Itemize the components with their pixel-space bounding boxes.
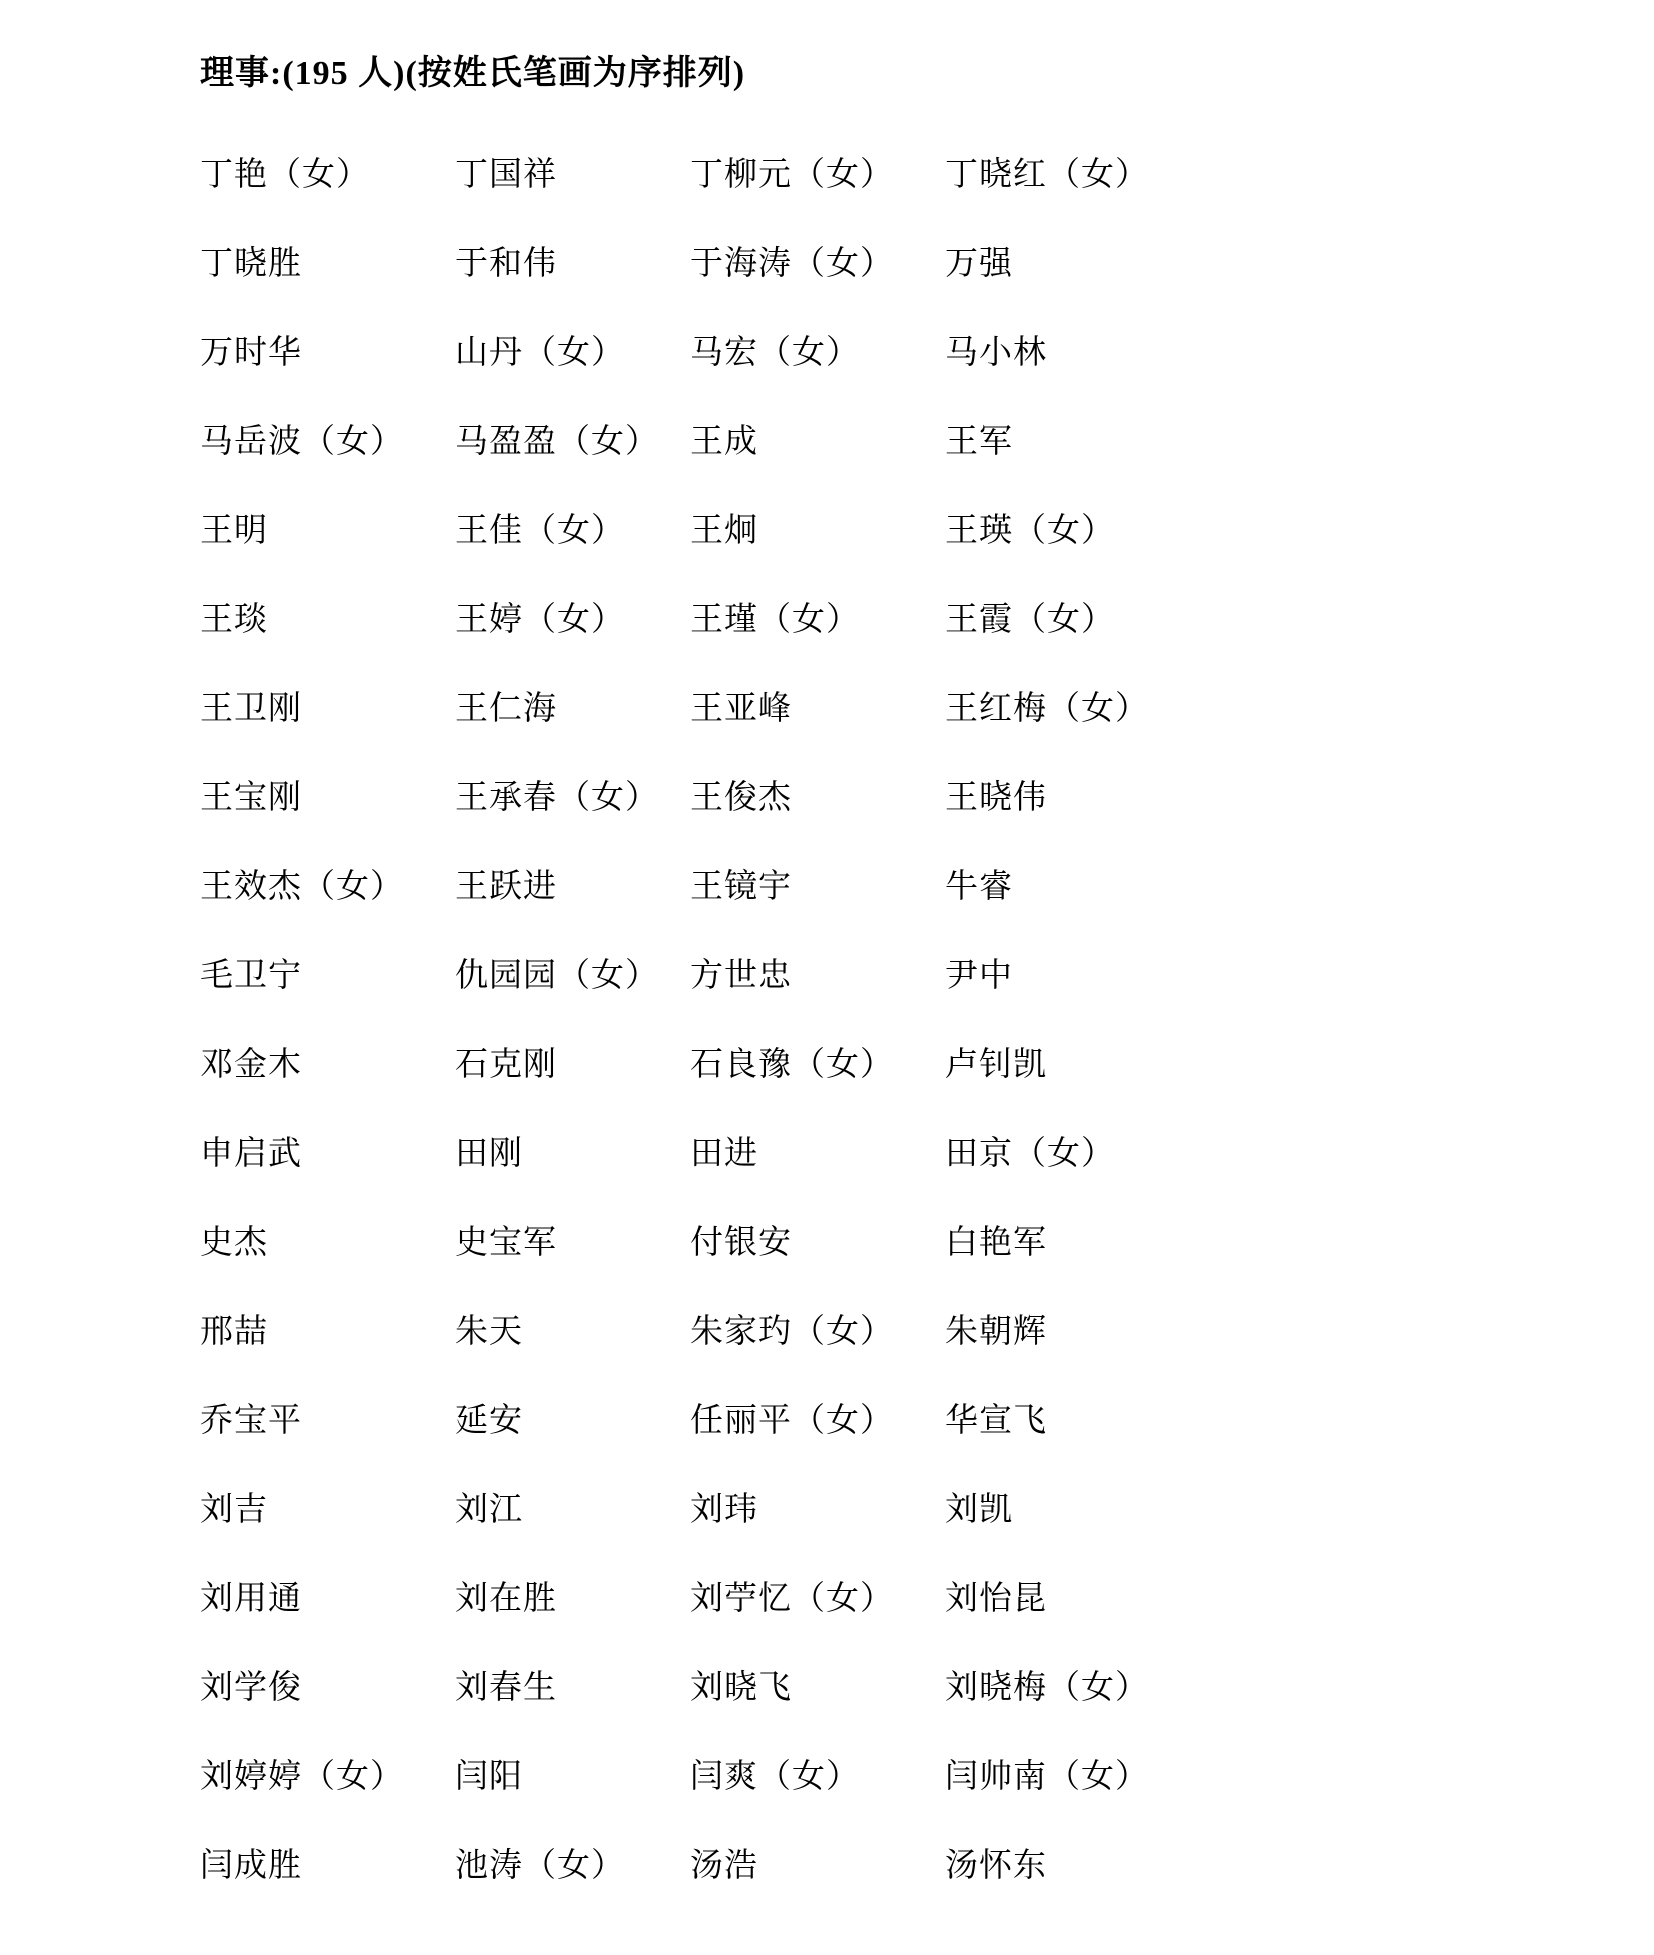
member-name: 刘春生 bbox=[455, 1644, 690, 1733]
member-name: 汤浩 bbox=[690, 1822, 945, 1911]
member-name: 卢钊凯 bbox=[945, 1021, 1614, 1110]
member-name: 闫爽（女） bbox=[690, 1733, 945, 1822]
member-name: 闫成胜 bbox=[200, 1822, 455, 1911]
member-name: 王仁海 bbox=[455, 665, 690, 754]
member-name: 王霞（女） bbox=[945, 576, 1614, 665]
member-name: 朱朝辉 bbox=[945, 1288, 1614, 1377]
member-name: 石良豫（女） bbox=[690, 1021, 945, 1110]
member-name: 王亚峰 bbox=[690, 665, 945, 754]
member-name: 华宣飞 bbox=[945, 1377, 1614, 1466]
member-name: 乔宝平 bbox=[200, 1377, 455, 1466]
member-name: 刘晓飞 bbox=[690, 1644, 945, 1733]
member-name: 刘吉 bbox=[200, 1466, 455, 1555]
member-name: 马宏（女） bbox=[690, 309, 945, 398]
member-name: 田刚 bbox=[455, 1110, 690, 1199]
member-name: 王效杰（女） bbox=[200, 843, 455, 932]
member-name: 史杰 bbox=[200, 1199, 455, 1288]
member-name: 刘用通 bbox=[200, 1555, 455, 1644]
member-name: 汤怀东 bbox=[945, 1822, 1614, 1911]
member-name: 朱家玓（女） bbox=[690, 1288, 945, 1377]
member-name: 方世忠 bbox=[690, 932, 945, 1021]
member-name: 王成 bbox=[690, 398, 945, 487]
member-name: 王跃进 bbox=[455, 843, 690, 932]
member-name: 王晓伟 bbox=[945, 754, 1614, 843]
member-name: 池涛（女） bbox=[455, 1822, 690, 1911]
member-name: 刘凯 bbox=[945, 1466, 1614, 1555]
member-name: 付银安 bbox=[690, 1199, 945, 1288]
member-name: 王卫刚 bbox=[200, 665, 455, 754]
member-name: 王炯 bbox=[690, 487, 945, 576]
member-name: 白艳军 bbox=[945, 1199, 1614, 1288]
member-name: 马盈盈（女） bbox=[455, 398, 690, 487]
member-name: 仇园园（女） bbox=[455, 932, 690, 1021]
member-name: 申启武 bbox=[200, 1110, 455, 1199]
member-name: 刘苧忆（女） bbox=[690, 1555, 945, 1644]
member-name: 任丽平（女） bbox=[690, 1377, 945, 1466]
member-name: 刘学俊 bbox=[200, 1644, 455, 1733]
member-name: 王镜宇 bbox=[690, 843, 945, 932]
member-name: 邓金木 bbox=[200, 1021, 455, 1110]
member-name: 邢喆 bbox=[200, 1288, 455, 1377]
member-name: 王琰 bbox=[200, 576, 455, 665]
member-name: 于和伟 bbox=[455, 220, 690, 309]
member-name: 王明 bbox=[200, 487, 455, 576]
member-name: 王瑛（女） bbox=[945, 487, 1614, 576]
member-name: 丁国祥 bbox=[455, 131, 690, 220]
member-name: 刘怡昆 bbox=[945, 1555, 1614, 1644]
member-name: 王瑾（女） bbox=[690, 576, 945, 665]
member-name: 刘晓梅（女） bbox=[945, 1644, 1614, 1733]
member-name: 丁艳（女） bbox=[200, 131, 455, 220]
member-name: 田京（女） bbox=[945, 1110, 1614, 1199]
member-name: 刘在胜 bbox=[455, 1555, 690, 1644]
member-name: 王军 bbox=[945, 398, 1614, 487]
member-name: 王红梅（女） bbox=[945, 665, 1614, 754]
member-name: 山丹（女） bbox=[455, 309, 690, 398]
member-name: 刘婷婷（女） bbox=[200, 1733, 455, 1822]
member-name: 丁柳元（女） bbox=[690, 131, 945, 220]
member-name: 丁晓红（女） bbox=[945, 131, 1614, 220]
member-name: 毛卫宁 bbox=[200, 932, 455, 1021]
member-name: 史宝军 bbox=[455, 1199, 690, 1288]
member-name: 王佳（女） bbox=[455, 487, 690, 576]
member-name: 田进 bbox=[690, 1110, 945, 1199]
member-name: 王俊杰 bbox=[690, 754, 945, 843]
member-name: 王婷（女） bbox=[455, 576, 690, 665]
member-name: 闫帅南（女） bbox=[945, 1733, 1614, 1822]
member-name: 马小林 bbox=[945, 309, 1614, 398]
member-name: 朱天 bbox=[455, 1288, 690, 1377]
page-title: 理事:(195 人)(按姓氏笔画为序排列) bbox=[200, 52, 1614, 96]
member-name: 万时华 bbox=[200, 309, 455, 398]
member-name: 王宝刚 bbox=[200, 754, 455, 843]
member-name: 王承春（女） bbox=[455, 754, 690, 843]
member-name: 刘玮 bbox=[690, 1466, 945, 1555]
document-page: 理事:(195 人)(按姓氏笔画为序排列) 丁艳（女）丁国祥丁柳元（女）丁晓红（… bbox=[0, 0, 1654, 1955]
member-name: 丁晓胜 bbox=[200, 220, 455, 309]
member-name: 于海涛（女） bbox=[690, 220, 945, 309]
member-roster: 丁艳（女）丁国祥丁柳元（女）丁晓红（女）丁晓胜于和伟于海涛（女）万强万时华山丹（… bbox=[200, 131, 1614, 1911]
member-name: 万强 bbox=[945, 220, 1614, 309]
member-name: 刘江 bbox=[455, 1466, 690, 1555]
member-name: 闫阳 bbox=[455, 1733, 690, 1822]
member-name: 石克刚 bbox=[455, 1021, 690, 1110]
member-name: 马岳波（女） bbox=[200, 398, 455, 487]
member-name: 牛睿 bbox=[945, 843, 1614, 932]
member-name: 尹中 bbox=[945, 932, 1614, 1021]
member-name: 延安 bbox=[455, 1377, 690, 1466]
